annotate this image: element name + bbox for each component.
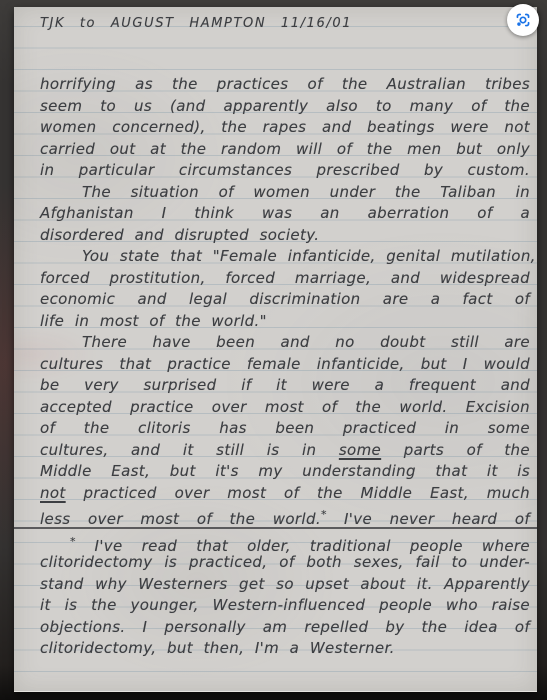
letter-body: horrifying as the practices of the Austr… <box>40 74 530 660</box>
handwritten-line: it is the younger, Western-influenced pe… <box>40 595 530 617</box>
lens-search-button[interactable] <box>507 4 539 36</box>
handwritten-line: not practiced over most of the Middle Ea… <box>40 483 530 505</box>
footnote-text: * I've read that older, traditional peop… <box>40 531 530 660</box>
handwritten-line: horrifying as the practices of the Austr… <box>40 74 530 96</box>
handwritten-line: seem to us (and apparently also to many … <box>40 96 530 118</box>
handwritten-line: objections. I personally am repelled by … <box>40 617 530 639</box>
handwritten-line: disordered and disrupted society. <box>40 225 530 247</box>
handwritten-line: in particular circumstances prescribed b… <box>40 160 530 182</box>
handwritten-line: * I've read that older, traditional peop… <box>40 531 530 553</box>
letter-page: TJK to AUGUST HAMPTON 11/16/01 horrifyin… <box>14 7 537 692</box>
lens-icon <box>514 11 532 29</box>
handwritten-line: life in most of the world." <box>40 311 530 333</box>
handwritten-line: cultures, and it still is in some parts … <box>40 440 530 462</box>
letter-header: TJK to AUGUST HAMPTON 11/16/01 <box>40 16 352 31</box>
handwritten-line: carried out at the random will of the me… <box>40 139 530 161</box>
handwritten-line: There have been and no doubt still are <box>40 332 530 354</box>
handwritten-line: You state that "Female infanticide, geni… <box>40 246 530 268</box>
handwritten-line: forced prostitution, forced marriage, an… <box>40 268 530 290</box>
handwritten-line: of the clitoris has been practiced in so… <box>40 418 530 440</box>
handwritten-line: Afghanistan I think was an aberration of… <box>40 203 530 225</box>
photo-viewer: TJK to AUGUST HAMPTON 11/16/01 horrifyin… <box>0 0 547 700</box>
handwritten-line: be very surprised if it were a frequent … <box>40 375 530 397</box>
handwritten-line: clitoridectomy, but then, I'm a Westerne… <box>40 638 530 660</box>
handwritten-line: economic and legal discrimination are a … <box>40 289 530 311</box>
handwritten-line: stand why Westerners get so upset about … <box>40 574 530 596</box>
handwritten-line: cultures that practice female infanticid… <box>40 354 530 376</box>
handwritten-line: The situation of women under the Taliban… <box>40 182 530 204</box>
handwritten-line: less over most of the world.* I've never… <box>40 504 530 526</box>
handwritten-line: clitoridectomy is practiced, of both sex… <box>40 552 530 574</box>
handwritten-line: accepted practice over most of the world… <box>40 397 530 419</box>
handwritten-line: women concerned), the rapes and beatings… <box>40 117 530 139</box>
body-text: horrifying as the practices of the Austr… <box>40 74 530 526</box>
handwritten-line: Middle East, but it's my understanding t… <box>40 461 530 483</box>
